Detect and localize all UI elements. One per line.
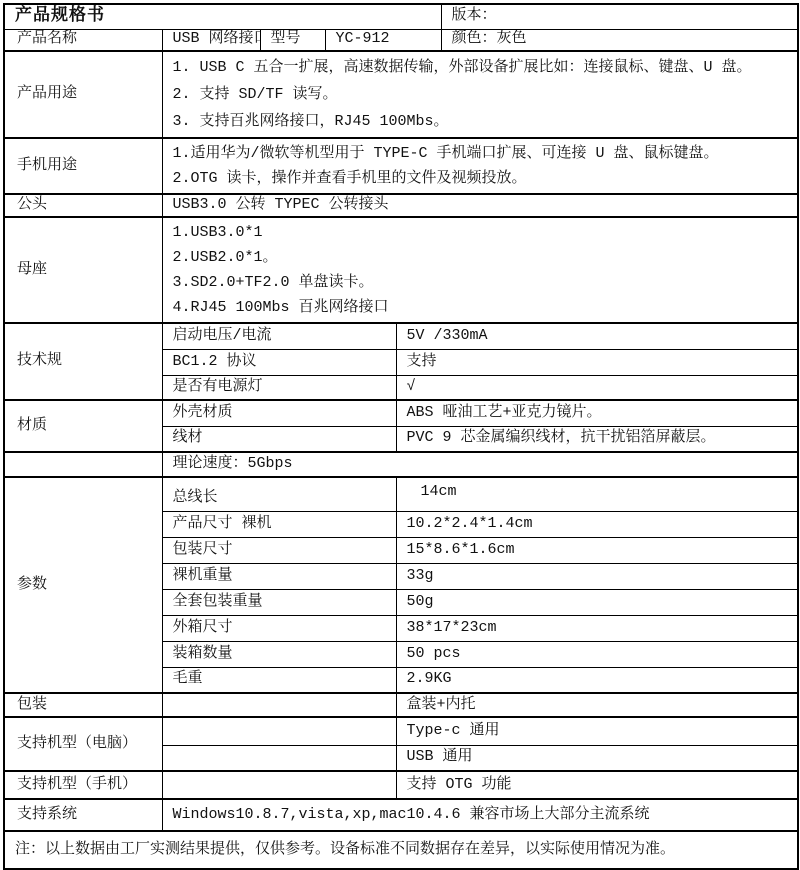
phone-support-value: 支持 OTG 功能 (396, 771, 798, 799)
param-gross-weight-value: 2.9KG (396, 667, 798, 693)
female-ports-line-4: 4.RJ45 100Mbs 百兆网络接口 (173, 295, 794, 320)
param-package-size-value: 15*8.6*1.6cm (396, 537, 798, 563)
doc-title: 产品规格书 (4, 4, 441, 29)
model-label: 型号 (260, 29, 325, 51)
male-connector-value: USB3.0 公转 TYPEC 公转接头 (162, 194, 798, 217)
pc-support-label: 支持机型（电脑） (4, 717, 162, 771)
param-carton-qty-value: 50 pcs (396, 641, 798, 667)
usage-label: 产品用途 (4, 51, 162, 138)
phone-usage-line-2: 2.OTG 读卡，操作并查看手机里的文件及视频投放。 (173, 166, 794, 191)
param-carton-qty-label: 装箱数量 (162, 641, 396, 667)
product-name-label: 产品名称 (4, 29, 162, 51)
spec-sheet: 产品规格书 版本： 产品名称 USB 网络接口 型号 YC-912 颜色：灰色 … (0, 0, 800, 857)
spec-table: 产品规格书 版本： 产品名称 USB 网络接口 型号 YC-912 颜色：灰色 … (3, 3, 799, 870)
packing-label: 包装 (4, 693, 162, 717)
phone-usage-line-1: 1.适用华为/微软等机型用于 TYPE-C 手机端口扩展、可连接 U 盘、鼠标键… (173, 141, 794, 166)
speed-value: 理论速度：5Gbps (162, 452, 798, 477)
tech-row-bc12-value: 支持 (396, 349, 798, 375)
product-name-value: USB 网络接口 (162, 29, 260, 51)
tech-row-led-value: √ (396, 375, 798, 400)
tech-row-led-label: 是否有电源灯 (162, 375, 396, 400)
param-unit-weight-label: 裸机重量 (162, 563, 396, 589)
phone-usage-value: 1.适用华为/微软等机型用于 TYPE-C 手机端口扩展、可连接 U 盘、鼠标键… (162, 138, 798, 194)
param-carton-size-label: 外箱尺寸 (162, 615, 396, 641)
usage-value: 1. USB C 五合一扩展，高速数据传输，外部设备扩展比如：连接鼠标、键盘、U… (162, 51, 798, 138)
note-text: 注：以上数据由工厂实测结果提供，仅供参考。设备标准不同数据存在差异，以实际使用情… (4, 831, 798, 869)
param-cable-length-label: 总线长 (162, 477, 396, 511)
material-row-cable-label: 线材 (162, 426, 396, 452)
material-section-label: 材质 (4, 400, 162, 452)
version-label: 版本： (441, 4, 798, 29)
female-ports-label: 母座 (4, 217, 162, 323)
param-cable-length-value: 14cm (396, 477, 798, 511)
pc-support-empty-cell-2 (162, 745, 396, 771)
param-package-size-label: 包装尺寸 (162, 537, 396, 563)
usage-line-1: 1. USB C 五合一扩展，高速数据传输，外部设备扩展比如：连接鼠标、键盘、U… (173, 54, 794, 81)
os-support-label: 支持系统 (4, 799, 162, 831)
tech-row-voltage-label: 启动电压/电流 (162, 323, 396, 349)
female-ports-line-1: 1.USB3.0*1 (173, 220, 794, 245)
usage-line-2: 2. 支持 SD/TF 读写。 (173, 81, 794, 108)
phone-support-label: 支持机型（手机） (4, 771, 162, 799)
packing-value: 盒装+内托 (396, 693, 798, 717)
param-full-weight-value: 50g (396, 589, 798, 615)
material-row-shell-label: 外壳材质 (162, 400, 396, 426)
pc-support-typec-value: Type-c 通用 (396, 717, 798, 745)
os-support-value: Windows10.8.7,vista,xp,mac10.4.6 兼容市场上大部… (162, 799, 798, 831)
tech-row-voltage-value: 5V /330mA (396, 323, 798, 349)
female-ports-value: 1.USB3.0*1 2.USB2.0*1。 3.SD2.0+TF2.0 单盘读… (162, 217, 798, 323)
param-unit-weight-value: 33g (396, 563, 798, 589)
usage-line-3: 3. 支持百兆网络接口，RJ45 100Mbs。 (173, 108, 794, 135)
material-row-cable-value: PVC 9 芯金属编织线材，抗干扰铝箔屏蔽层。 (396, 426, 798, 452)
pc-support-empty-cell-1 (162, 717, 396, 745)
packing-empty-cell (162, 693, 396, 717)
param-gross-weight-label: 毛重 (162, 667, 396, 693)
param-product-size-value: 10.2*2.4*1.4cm (396, 511, 798, 537)
pc-support-usb-value: USB 通用 (396, 745, 798, 771)
color-value: 颜色：灰色 (441, 29, 798, 51)
param-full-weight-label: 全套包装重量 (162, 589, 396, 615)
params-section-label: 参数 (4, 477, 162, 693)
param-carton-size-value: 38*17*23cm (396, 615, 798, 641)
param-product-size-label: 产品尺寸 裸机 (162, 511, 396, 537)
material-row-shell-value: ABS 哑油工艺+亚克力镜片。 (396, 400, 798, 426)
phone-support-empty-cell (162, 771, 396, 799)
speed-empty-cell (4, 452, 162, 477)
male-connector-label: 公头 (4, 194, 162, 217)
model-value: YC-912 (325, 29, 441, 51)
phone-usage-label: 手机用途 (4, 138, 162, 194)
female-ports-line-3: 3.SD2.0+TF2.0 单盘读卡。 (173, 270, 794, 295)
tech-section-label: 技术规 (4, 323, 162, 400)
female-ports-line-2: 2.USB2.0*1。 (173, 245, 794, 270)
tech-row-bc12-label: BC1.2 协议 (162, 349, 396, 375)
